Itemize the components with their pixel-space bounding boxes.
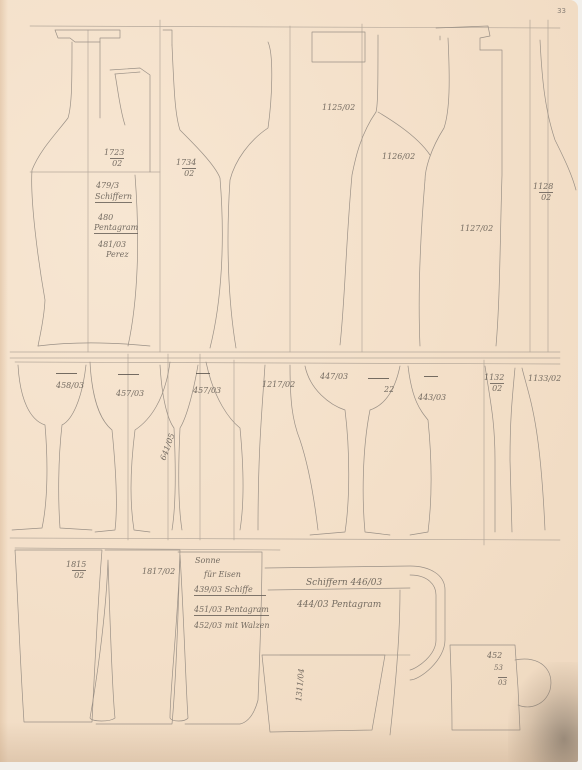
bottle-5 bbox=[540, 40, 576, 190]
glass-7 bbox=[408, 366, 431, 535]
note-1127-02: 1127/02 bbox=[460, 224, 493, 234]
note-struck-2: ——— bbox=[118, 369, 139, 379]
note-447-03: 447/03 bbox=[320, 372, 348, 382]
note-1723-02: 172302 bbox=[104, 148, 124, 169]
note-1815-02: 181502 bbox=[66, 560, 86, 581]
note-1125-02: 1125/02 bbox=[322, 103, 355, 113]
note-444-03: 444/03 Pentagram bbox=[297, 600, 381, 610]
note-schiffern-446: Schiffern 446/03 bbox=[306, 578, 382, 588]
note-53: 53 bbox=[494, 663, 503, 673]
note-03: 03 bbox=[498, 677, 507, 688]
note-fur-eisen: für Eisen bbox=[204, 570, 241, 580]
note-1128-02: 112802 bbox=[533, 182, 553, 203]
note-451-03: 451/03 Pentagram bbox=[194, 605, 269, 616]
tumbler-1 bbox=[15, 550, 115, 722]
tankard-handled bbox=[265, 566, 445, 735]
note-struck-3: —— bbox=[196, 368, 210, 378]
note-479-3: 479/3 bbox=[96, 181, 119, 191]
note-481-03: 481/03 bbox=[98, 240, 126, 250]
corner-stain bbox=[508, 662, 578, 762]
note-perez: Perez bbox=[106, 250, 129, 260]
glass-2 bbox=[90, 362, 170, 532]
note-1126-02: 1126/02 bbox=[382, 152, 415, 162]
note-struck-22: ——— bbox=[368, 373, 389, 383]
note-452: 452 bbox=[487, 651, 502, 661]
sketch-sheet: 33 172302 479/3 Schiffern 480 Pentagram … bbox=[0, 0, 578, 762]
note-457-03-a: 457/03 bbox=[116, 389, 144, 399]
top-row-gridlines bbox=[10, 20, 560, 358]
note-schiffern: Schiffern bbox=[95, 192, 132, 203]
note-457-03-b: 457/03 bbox=[193, 386, 221, 396]
note-1133-02: 1133/02 bbox=[528, 374, 561, 384]
note-22: 22 bbox=[384, 385, 394, 395]
beaker-4 bbox=[262, 655, 385, 732]
note-1217-02: 1217/02 bbox=[262, 380, 295, 390]
bottle-4 bbox=[419, 26, 502, 346]
note-1734-02: 173402 bbox=[176, 158, 196, 179]
bottle-3 bbox=[312, 32, 430, 345]
page-number: 33 bbox=[557, 7, 566, 15]
paper-shading bbox=[0, 722, 578, 762]
note-452-03: 452/03 mit Walzen bbox=[194, 621, 270, 631]
note-480: 480 bbox=[98, 213, 113, 223]
note-439-03: 439/03 Schiffe bbox=[194, 585, 266, 596]
note-458-03: 458/03 bbox=[56, 381, 84, 391]
note-struck-1: ——— bbox=[56, 368, 77, 378]
note-sonne: Sonne bbox=[195, 556, 220, 566]
bottle-1-jug bbox=[32, 30, 150, 346]
note-1817-02: 1817/02 bbox=[142, 567, 175, 577]
bottle-2 bbox=[163, 30, 272, 348]
note-1132-02: 113202 bbox=[484, 373, 504, 394]
note-pentagram: Pentagram bbox=[94, 223, 138, 234]
note-struck-4: —— bbox=[424, 371, 438, 381]
note-443-03: 443/03 bbox=[418, 393, 446, 403]
